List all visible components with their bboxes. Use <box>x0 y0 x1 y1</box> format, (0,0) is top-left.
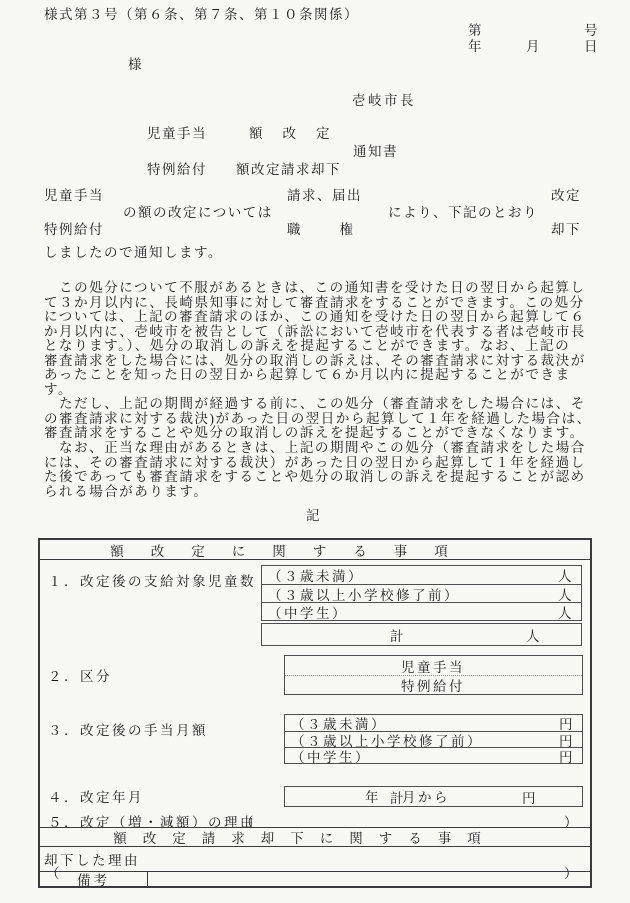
body-line2-left: の額の改定については <box>123 206 273 221</box>
total-label: 計 <box>390 625 406 645</box>
section1-header: 額改定に関する事項 <box>40 540 590 560</box>
row-label: （３歳以上小学校修了前） <box>268 584 460 604</box>
item4-from-label: 月から <box>402 786 450 806</box>
remarks-cell: 備考 <box>40 872 148 886</box>
item4-year-label: 年 <box>365 786 381 806</box>
item1-row-preschool: （３歳以上小学校修了前）人 <box>262 584 581 602</box>
body-line3-left: 特例給付 <box>44 223 104 238</box>
category-option-special-benefit: 特例給付 <box>285 675 582 694</box>
title-option-special-benefit: 特例給付 <box>147 163 207 178</box>
category-option-label: 特例給付 <box>401 675 465 695</box>
item3-label: ３．改定後の手当月額 <box>48 719 208 739</box>
row-label: （中学生） <box>268 602 348 622</box>
item2-label: ２．区分 <box>48 665 112 685</box>
body-line3-right: 却下 <box>551 223 581 238</box>
body-line3-mid: 職権 <box>287 223 392 238</box>
row-label: （３歳未満） <box>268 565 364 585</box>
remarks-label: 備考 <box>77 869 110 889</box>
sender-title: 壱岐市長 <box>352 94 416 109</box>
date-year-label: 年 <box>468 40 483 55</box>
section2-header: 額改定請求却下に関する事項 <box>40 827 590 847</box>
total-unit: 円 <box>522 787 538 807</box>
item1-label: １．改定後の支給対象児童数 <box>48 570 256 590</box>
form-number: 様式第３号（第６条、第７条、第１０条関係） <box>44 8 359 23</box>
total-unit: 人 <box>526 625 542 645</box>
title-option-revision-request-rejection: 額改定請求却下 <box>236 163 341 178</box>
date-day-label: 日 <box>584 40 599 55</box>
title-option-child-allowance: 児童手当 <box>147 127 207 142</box>
row-unit: 人 <box>558 602 574 622</box>
body-line1-right: 改定 <box>551 189 581 204</box>
item4-label: ４．改定年月 <box>48 786 144 806</box>
doc-number-suffix: 号 <box>584 24 599 39</box>
category-option-child-allowance: 児童手当 <box>285 656 582 675</box>
doc-number-prefix: 第 <box>468 24 483 39</box>
date-month-label: 月 <box>526 40 541 55</box>
remarks-row: 備考 <box>40 871 590 886</box>
item1-total-row: 計 人 <box>261 623 582 646</box>
closing-sentence: しましたので通知します。 <box>44 246 223 261</box>
row-unit: 人 <box>558 565 574 585</box>
remarks-value-cell <box>148 872 590 886</box>
document: 様式第３号（第６条、第７条、第１０条関係） 第 号 年 月 日 様 壱岐市長 児… <box>0 0 630 903</box>
item2-category-box: 児童手当 特例給付 <box>284 655 583 695</box>
addressee-honorific: 様 <box>128 58 143 73</box>
row-label: （中学生） <box>291 746 371 766</box>
row-unit: 人 <box>558 584 574 604</box>
row-unit: 円 <box>559 746 575 766</box>
item1-row-juniorhigh: （中学生）人 <box>262 602 581 620</box>
body-line1-left: 児童手当 <box>44 189 104 204</box>
item3-rows-box: （３歳未満）円 （３歳以上小学校修了前）円 （中学生）円 <box>284 714 583 764</box>
item1-row-under3: （３歳未満）人 <box>262 566 581 584</box>
body-line2-mid: により、下記のとおり <box>388 206 538 221</box>
ki-marker: 記 <box>306 509 321 524</box>
item1-rows-box: （３歳未満）人 （３歳以上小学校修了前）人 （中学生）人 <box>261 565 582 621</box>
body-line1-mid: 請求、届出 <box>287 189 362 204</box>
title-notice-suffix: 通知書 <box>353 145 398 160</box>
title-option-amount-revision: 額改定 <box>249 127 350 142</box>
main-table: 額改定に関する事項 １．改定後の支給対象児童数 （３歳未満）人 （３歳以上小学校… <box>38 538 592 888</box>
category-option-label: 児童手当 <box>401 656 465 676</box>
appeal-notice-paragraph: この処分について不服があるときは、この通知書を受けた日の翌日から起算し て３か月… <box>44 281 622 499</box>
